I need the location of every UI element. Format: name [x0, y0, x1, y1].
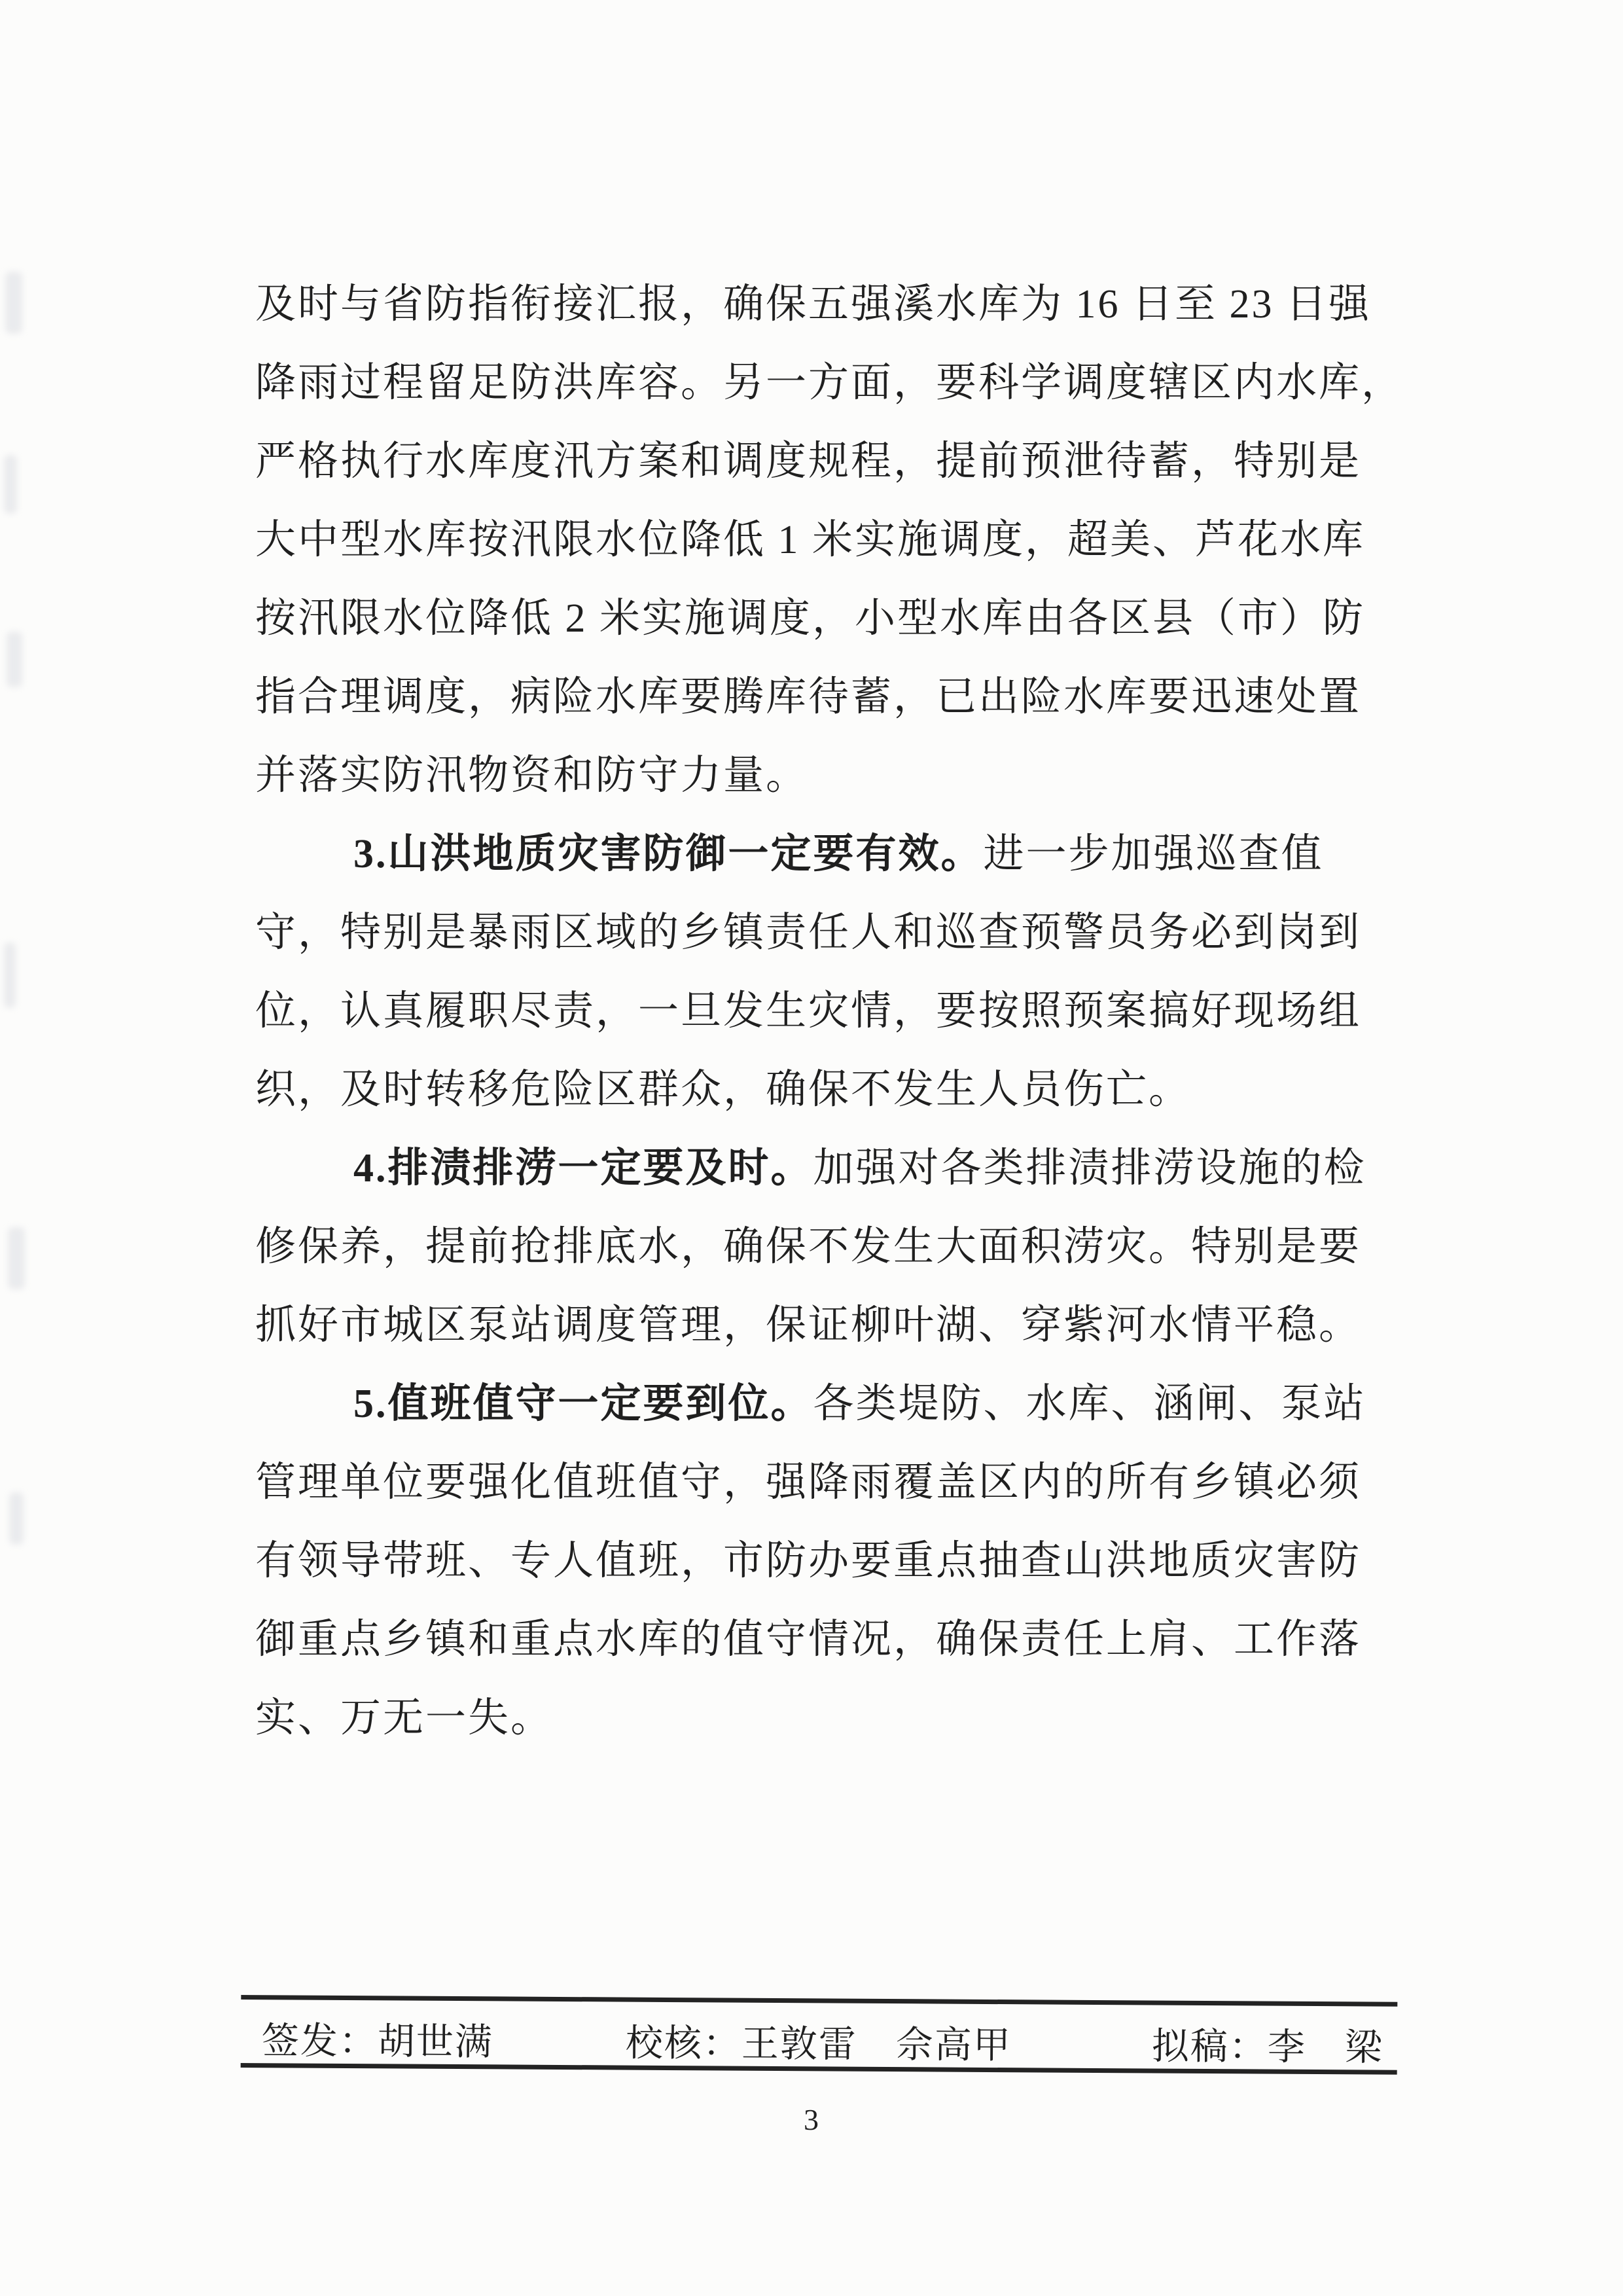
- issuer-name: 胡世满: [378, 2021, 493, 2063]
- body-line-text: 抓好市城区泵站调度管理，保证柳叶湖、穿紫河水情平稳。: [255, 1303, 1361, 1348]
- body-line-text: 守，特别是暴雨区域的乡镇责任人和巡查预警员务必到岗到: [255, 910, 1361, 955]
- body-line-text: 织，及时转移危险区群众，确保不发生人员伤亡。: [255, 1067, 1191, 1112]
- body-line: 修保养，提前抢排底水，确保不发生大面积涝灾。特别是要: [255, 1208, 1387, 1286]
- scan-smudge: [4, 455, 17, 514]
- issuer-label: 签发：: [262, 2020, 378, 2062]
- body-line-item-3: 3.山洪地质灾害防御一定要有效。进一步加强巡查值: [255, 815, 1387, 893]
- body-line: 严格执行水库度汛方案和调度规程，提前预泄待蓄，特别是: [255, 422, 1387, 501]
- body-line-text: 各类堤防、水库、涵闸、泵站: [813, 1382, 1366, 1426]
- body-line-item-5: 5.值班值守一定要到位。各类堤防、水库、涵闸、泵站: [255, 1365, 1387, 1443]
- body-line-text: 及时与省防指衔接汇报，确保五强溪水库为 16 日至 23 日强: [255, 282, 1371, 327]
- item-4-heading: 4.排渍排涝一定要及时。: [353, 1146, 813, 1191]
- drafter-label: 拟稿：: [1152, 2026, 1268, 2068]
- body-line: 抓好市城区泵站调度管理，保证柳叶湖、穿紫河水情平稳。: [255, 1286, 1387, 1365]
- body-line: 并落实防汛物资和防守力量。: [255, 736, 1387, 815]
- body-line-text: 位，认真履职尽责，一旦发生灾情，要按照预案搞好现场组: [255, 989, 1361, 1033]
- body-line: 管理单位要强化值班值守，强降雨覆盖区内的所有乡镇必须: [255, 1443, 1387, 1522]
- page-number: 3: [0, 2102, 1623, 2137]
- item-3-heading: 3.山洪地质灾害防御一定要有效。: [353, 832, 984, 876]
- body-line: 降雨过程留足防洪库容。另一方面，要科学调度辖区内水库，: [255, 344, 1387, 422]
- body-line: 指合理调度，病险水库要腾库待蓄，已出险水库要迅速处置: [255, 658, 1387, 736]
- body-line-text: 按汛限水位降低 2 米实施调度，小型水库由各区县（市）防: [255, 596, 1365, 641]
- body-line-text: 指合理调度，病险水库要腾库待蓄，已出险水库要迅速处置: [255, 675, 1361, 719]
- body-line-text: 御重点乡镇和重点水库的值守情况，确保责任上肩、工作落: [255, 1617, 1361, 1662]
- body-line: 有领导带班、专人值班，市防办要重点抽查山洪地质灾害防: [255, 1522, 1387, 1600]
- issuer-field: 签发：胡世满: [262, 2011, 493, 2066]
- body-line: 及时与省防指衔接汇报，确保五强溪水库为 16 日至 23 日强: [255, 265, 1387, 344]
- body-line-text: 并落实防汛物资和防守力量。: [255, 753, 808, 798]
- scan-smudge: [9, 1492, 24, 1545]
- body-line-text: 加强对各类排渍排涝设施的检: [813, 1146, 1366, 1191]
- body-line: 实、万无一失。: [255, 1679, 1387, 1757]
- scan-smudge: [7, 632, 22, 687]
- body-line-text: 降雨过程留足防洪库容。另一方面，要科学调度辖区内水库，: [255, 361, 1404, 405]
- scan-smudge: [5, 272, 22, 334]
- scan-smudge: [8, 1227, 25, 1289]
- body-line: 织，及时转移危险区群众，确保不发生人员伤亡。: [255, 1050, 1387, 1129]
- body-line-text: 实、万无一失。: [255, 1696, 553, 1740]
- item-5-heading: 5.值班值守一定要到位。: [353, 1382, 813, 1426]
- document-body: 及时与省防指衔接汇报，确保五强溪水库为 16 日至 23 日强 降雨过程留足防洪…: [255, 265, 1387, 1757]
- drafter-field: 拟稿：李 梁: [1152, 2017, 1383, 2072]
- body-line: 按汛限水位降低 2 米实施调度，小型水库由各区县（市）防: [255, 579, 1387, 658]
- footer-top-rule: [241, 1995, 1397, 2007]
- body-line-text: 管理单位要强化值班值守，强降雨覆盖区内的所有乡镇必须: [255, 1460, 1361, 1505]
- body-line-text: 大中型水库按汛限水位降低 1 米实施调度，超美、芦花水库: [255, 518, 1365, 562]
- body-line-item-4: 4.排渍排涝一定要及时。加强对各类排渍排涝设施的检: [255, 1129, 1387, 1208]
- proofreader-field: 校核：王敦雷 佘高甲: [626, 2013, 1012, 2070]
- proofreader-label: 校核：: [626, 2023, 741, 2065]
- body-line-text: 进一步加强巡查值: [984, 832, 1324, 876]
- body-line: 守，特别是暴雨区域的乡镇责任人和巡查预警员务必到岗到: [255, 893, 1387, 972]
- drafter-name: 李 梁: [1268, 2027, 1383, 2069]
- body-line-text: 有领导带班、专人值班，市防办要重点抽查山洪地质灾害防: [255, 1539, 1361, 1583]
- body-line: 御重点乡镇和重点水库的值守情况，确保责任上肩、工作落: [255, 1600, 1387, 1679]
- body-line-text: 修保养，提前抢排底水，确保不发生大面积涝灾。特别是要: [255, 1225, 1361, 1269]
- scan-smudge: [4, 942, 16, 1008]
- body-line: 大中型水库按汛限水位降低 1 米实施调度，超美、芦花水库: [255, 501, 1387, 579]
- body-line-text: 严格执行水库度汛方案和调度规程，提前预泄待蓄，特别是: [255, 439, 1361, 484]
- signature-footer: 签发：胡世满 校核：王敦雷 佘高甲 拟稿：李 梁: [241, 1995, 1398, 2077]
- body-line: 位，认真履职尽责，一旦发生灾情，要按照预案搞好现场组: [255, 972, 1387, 1050]
- scanned-document-page: 及时与省防指衔接汇报，确保五强溪水库为 16 日至 23 日强 降雨过程留足防洪…: [0, 0, 1623, 2296]
- proofreader-names: 王敦雷 佘高甲: [741, 2024, 1012, 2067]
